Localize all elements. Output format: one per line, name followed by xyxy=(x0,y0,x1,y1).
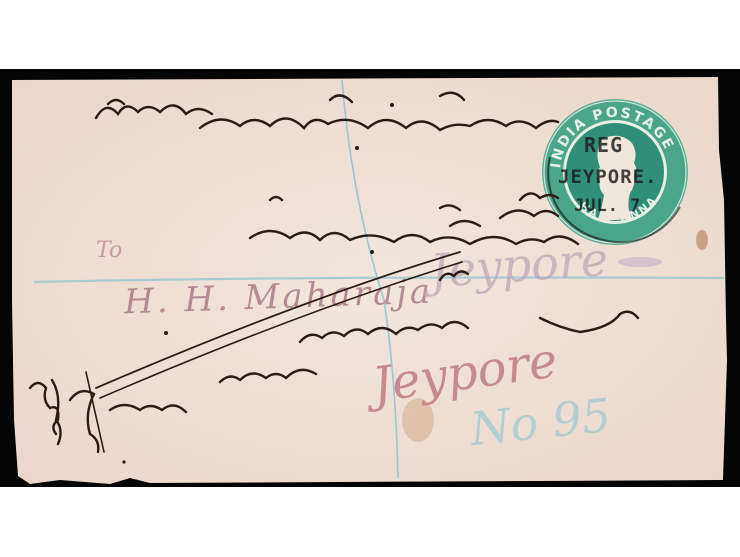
pencil-to: To xyxy=(96,238,122,263)
postmark-line-2: JEYPORE. xyxy=(558,166,658,188)
postmark-line-1: REG xyxy=(584,133,623,157)
stain xyxy=(618,257,662,267)
postmark-line-3: JUL. 7 xyxy=(574,196,641,216)
stain xyxy=(696,230,708,250)
